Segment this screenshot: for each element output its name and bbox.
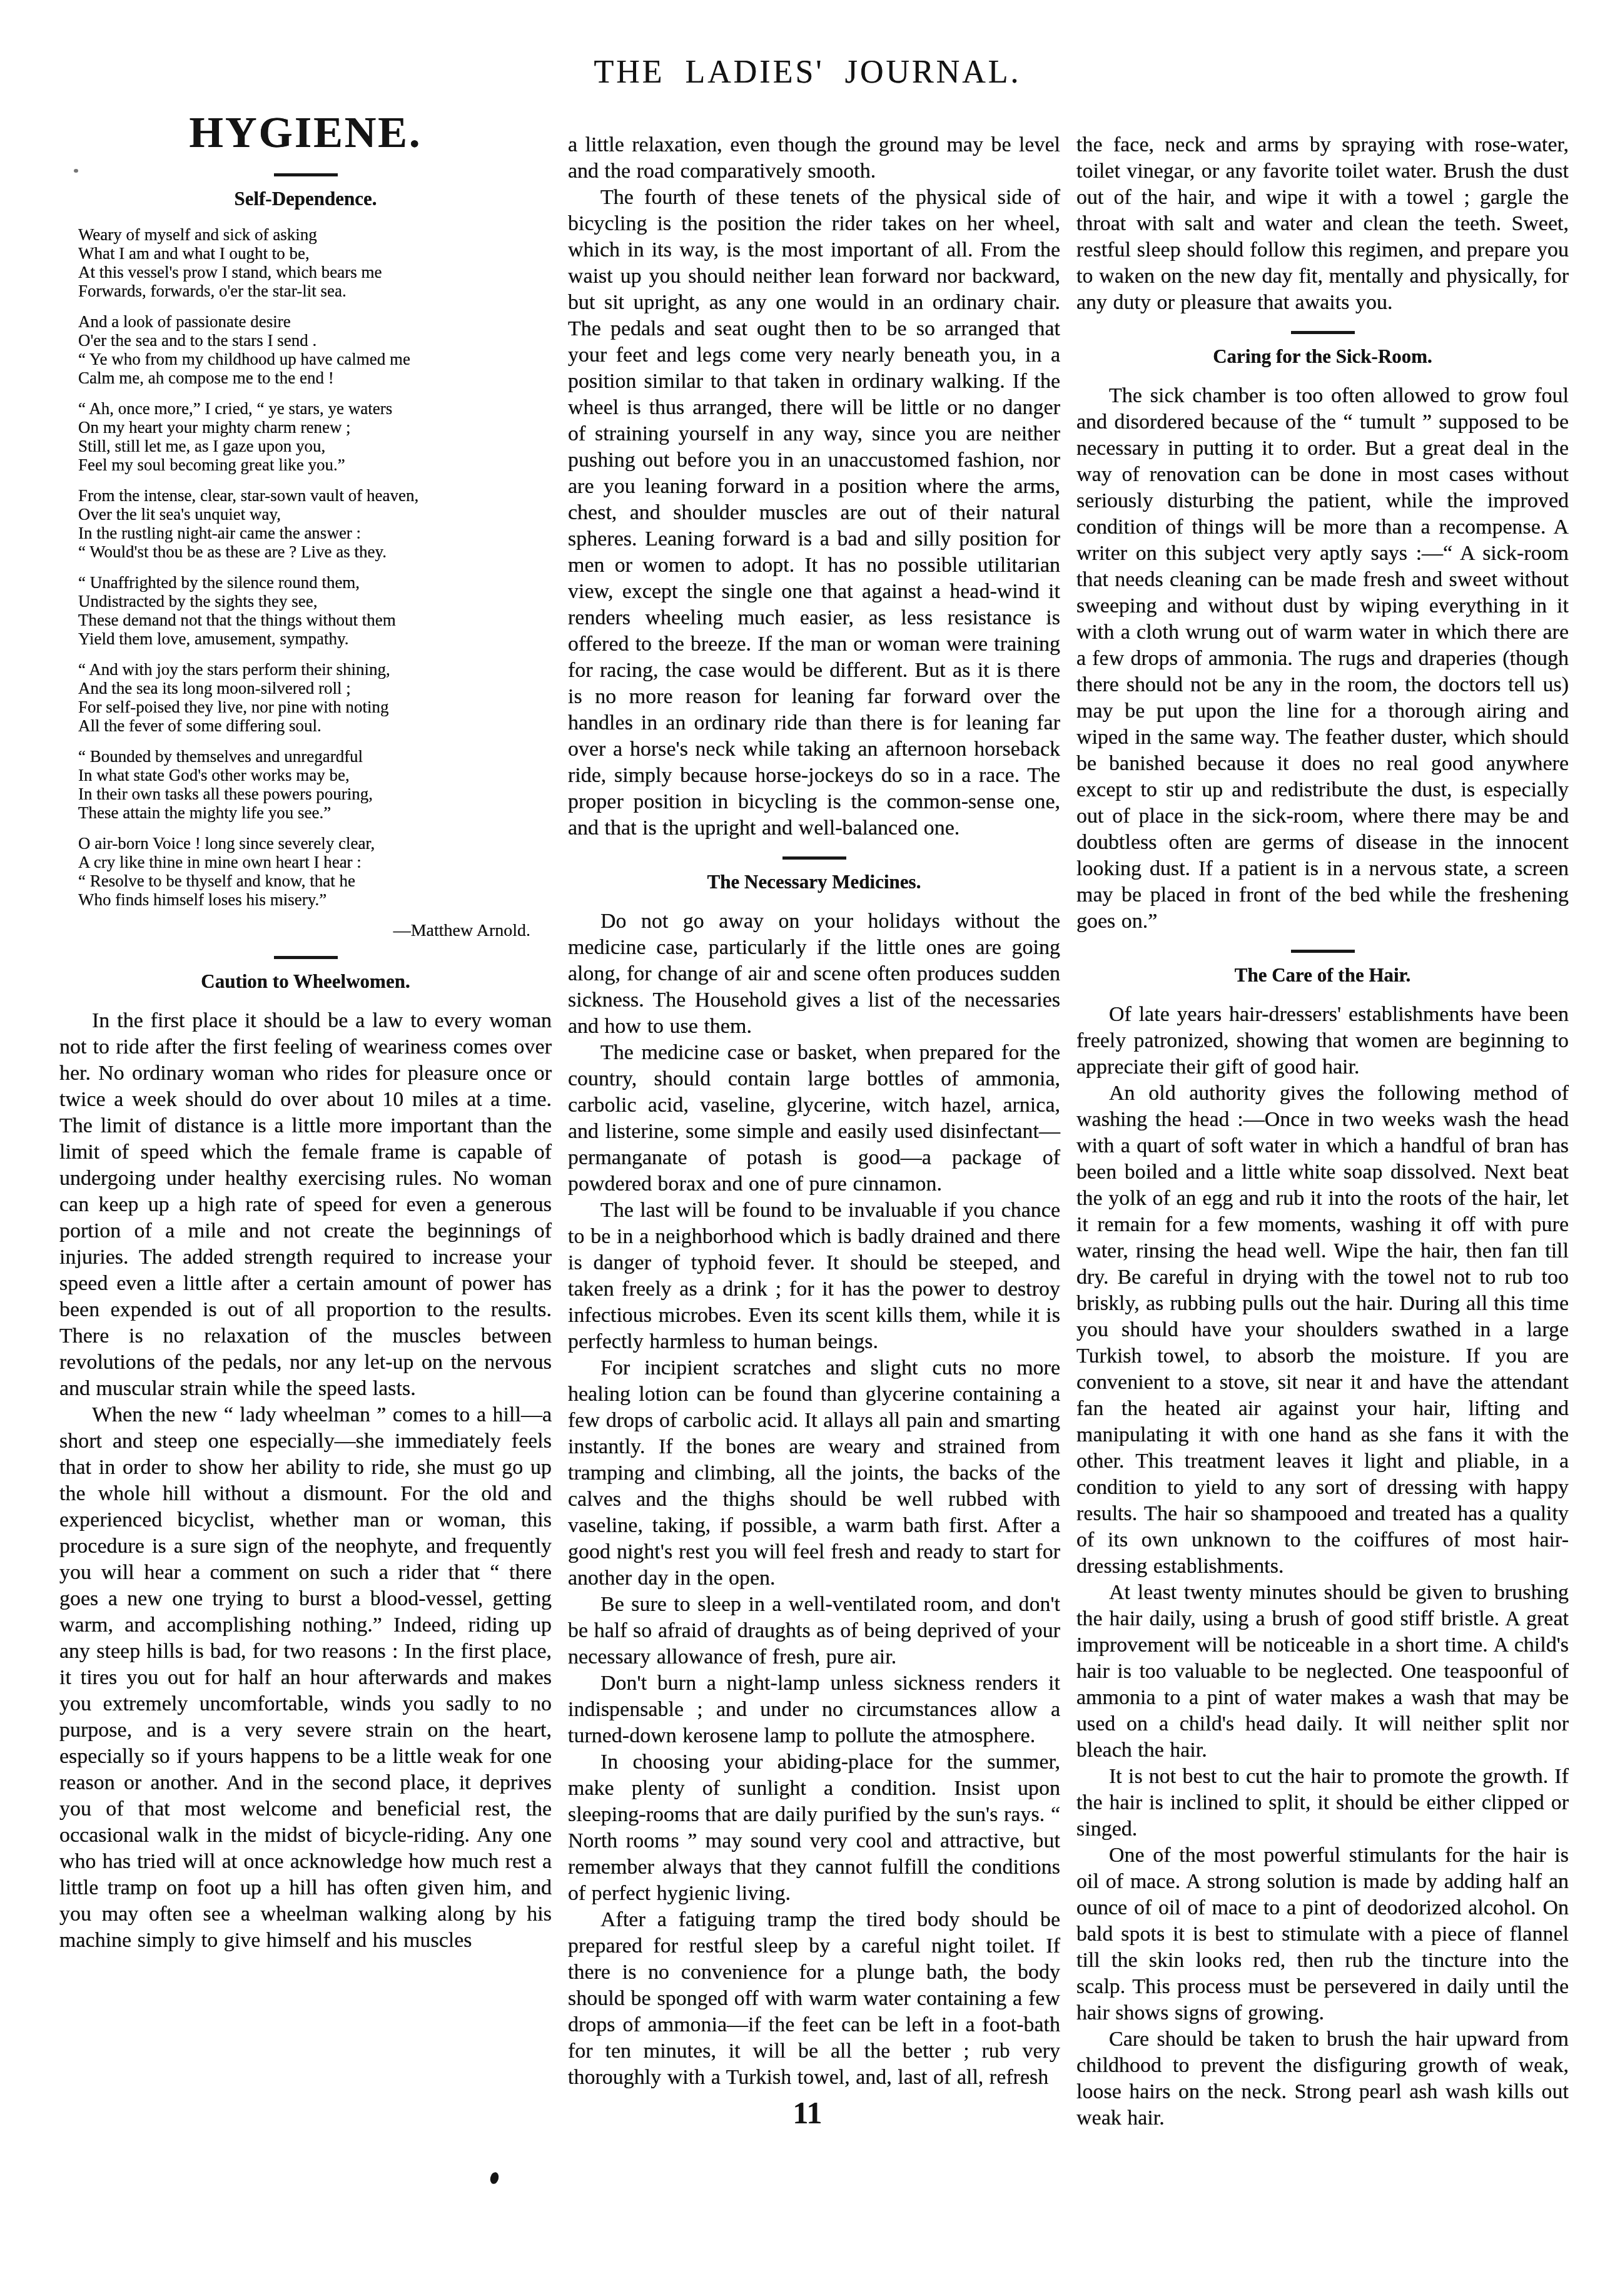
divider-rule	[1291, 331, 1355, 334]
poem-line: “ Ah, once more,” I cried, “ ye stars, y…	[78, 399, 552, 418]
paragraph: At least twenty minutes should be given …	[1076, 1580, 1569, 1764]
poem-line: “ Bounded by themselves and unregardful	[78, 747, 552, 766]
section-divider	[1076, 950, 1569, 953]
paragraph: Of late years hair-dressers' establishme…	[1076, 1002, 1569, 1080]
section-divider	[568, 856, 1060, 860]
poem-line: Yield them love, amusement, sympathy.	[78, 629, 552, 648]
poem-line: O'er the sea and to the stars I send .	[78, 331, 552, 350]
paragraph: Be sure to sleep in a well-ventilated ro…	[568, 1592, 1060, 1670]
paragraph: a little relaxation, even though the gro…	[568, 132, 1060, 185]
paragraph: In choosing your abiding-place for the s…	[568, 1749, 1060, 1907]
poem-line: “ Unaffrighted by the silence round them…	[78, 573, 552, 592]
section-divider	[59, 956, 552, 959]
poem-stanza: “ Ah, once more,” I cried, “ ye stars, y…	[78, 399, 552, 474]
poem-line: O air-born Voice ! long since severely c…	[78, 834, 552, 853]
poem-stanza: Weary of myself and sick of askingWhat I…	[78, 225, 552, 300]
poem-attribution: —Matthew Arnold.	[59, 921, 530, 941]
poem-stanza: “ Bounded by themselves and unregardfulI…	[78, 747, 552, 822]
paragraph: An old authority gives the following met…	[1076, 1080, 1569, 1580]
poem-line: Calm me, ah compose me to the end !	[78, 368, 552, 387]
paragraph: The sick chamber is too often allowed to…	[1076, 383, 1569, 935]
section-heading: Caution to Wheelwomen.	[59, 970, 552, 993]
section-heading: The Care of the Hair.	[1076, 964, 1569, 987]
poem-line: Undistracted by the sights they see,	[78, 592, 552, 611]
paragraph: For incipient scratches and slight cuts …	[568, 1355, 1060, 1592]
divider-rule	[274, 956, 338, 959]
poem-line: In their own tasks all these powers pour…	[78, 785, 552, 803]
page-number: 11	[757, 2095, 858, 2131]
ink-speck	[489, 2172, 500, 2185]
poem-line: On my heart your mighty charm renew ;	[78, 418, 552, 437]
poem-stanza: “ And with joy the stars perform their s…	[78, 660, 552, 735]
paragraph: The last will be found to be invaluable …	[568, 1197, 1060, 1355]
ink-speck	[74, 169, 78, 173]
column-middle: a little relaxation, even though the gro…	[568, 91, 1060, 2091]
section-heading: Caring for the Sick-Room.	[1076, 345, 1569, 368]
poem-line: “ Would'st thou be as these are ? Live a…	[78, 542, 552, 561]
poem-line: In what state God's other works may be,	[78, 766, 552, 785]
poem-line: At this vessel's prow I stand, which bea…	[78, 263, 552, 282]
paragraph: Care should be taken to brush the hair u…	[1076, 2026, 1569, 2131]
divider-rule	[782, 856, 846, 860]
paragraph: Don't burn a night-lamp unless sickness …	[568, 1670, 1060, 1749]
paragraph: After a fatiguing tramp the tired body s…	[568, 1907, 1060, 2091]
paragraph: When the new “ lady wheelman ” comes to …	[59, 1402, 552, 1954]
poem-line: “ Ye who from my childhood up have calme…	[78, 350, 552, 368]
poem-line: For self-poised they live, nor pine with…	[78, 698, 552, 716]
poem-line: Weary of myself and sick of asking	[78, 225, 552, 244]
paragraph: the face, neck and arms by spraying with…	[1076, 132, 1569, 316]
poem-line: What I am and what I ought to be,	[78, 244, 552, 263]
poem-line: Forwards, forwards, o'er the star-lit se…	[78, 282, 552, 300]
masthead: THE LADIES' JOURNAL.	[0, 0, 1615, 91]
poem-stanza: “ Unaffrighted by the silence round them…	[78, 573, 552, 648]
poem-line: And the sea its long moon-silvered roll …	[78, 679, 552, 698]
section-divider	[1076, 331, 1569, 334]
poem-line: “ And with joy the stars perform their s…	[78, 660, 552, 679]
poem-line: In the rustling night-air came the answe…	[78, 524, 552, 542]
paragraph: The fourth of these tenets of the physic…	[568, 185, 1060, 841]
poem-stanza: O air-born Voice ! long since severely c…	[78, 834, 552, 909]
poem-line: Still, still let me, as I gaze upon you,	[78, 437, 552, 455]
column-right: the face, neck and arms by spraying with…	[1076, 91, 1569, 2131]
poem-line: These demand not that the things without…	[78, 611, 552, 629]
poem-stanza: And a look of passionate desireO'er the …	[78, 312, 552, 387]
poem-line: “ Resolve to be thyself and know, that h…	[78, 871, 552, 890]
section-heading: Self-Dependence.	[59, 188, 552, 210]
section-heading: The Necessary Medicines.	[568, 871, 1060, 893]
poem-line: These attain the mighty life you see.”	[78, 803, 552, 822]
magazine-page: THE LADIES' JOURNAL. HYGIENE.Self-Depend…	[0, 0, 1615, 2296]
poem-line: Who finds himself loses his misery.”	[78, 890, 552, 909]
paragraph: In the first place it should be a law to…	[59, 1008, 552, 1402]
paragraph: Do not go away on your holidays without …	[568, 908, 1060, 1040]
poem-line: Over the lit sea's unquiet way,	[78, 505, 552, 524]
poem-line: And a look of passionate desire	[78, 312, 552, 331]
paragraph: The medicine case or basket, when prepar…	[568, 1040, 1060, 1197]
poem-line: From the intense, clear, star-sown vault…	[78, 486, 552, 505]
page-title: HYGIENE.	[59, 108, 552, 158]
poem-line: Feel my soul becoming great like you.”	[78, 455, 552, 474]
divider-rule	[274, 173, 338, 176]
paragraph: It is not best to cut the hair to promot…	[1076, 1764, 1569, 1842]
poem-stanza: From the intense, clear, star-sown vault…	[78, 486, 552, 561]
columns: HYGIENE.Self-Dependence.Weary of myself …	[0, 91, 1615, 2131]
divider-rule	[1291, 950, 1355, 953]
column-left: HYGIENE.Self-Dependence.Weary of myself …	[59, 91, 552, 1954]
poem-line: A cry like thine in mine own heart I hea…	[78, 853, 552, 871]
paragraph: One of the most powerful stimulants for …	[1076, 1842, 1569, 2026]
poem-line: All the fever of some differing soul.	[78, 716, 552, 735]
section-divider	[59, 173, 552, 176]
